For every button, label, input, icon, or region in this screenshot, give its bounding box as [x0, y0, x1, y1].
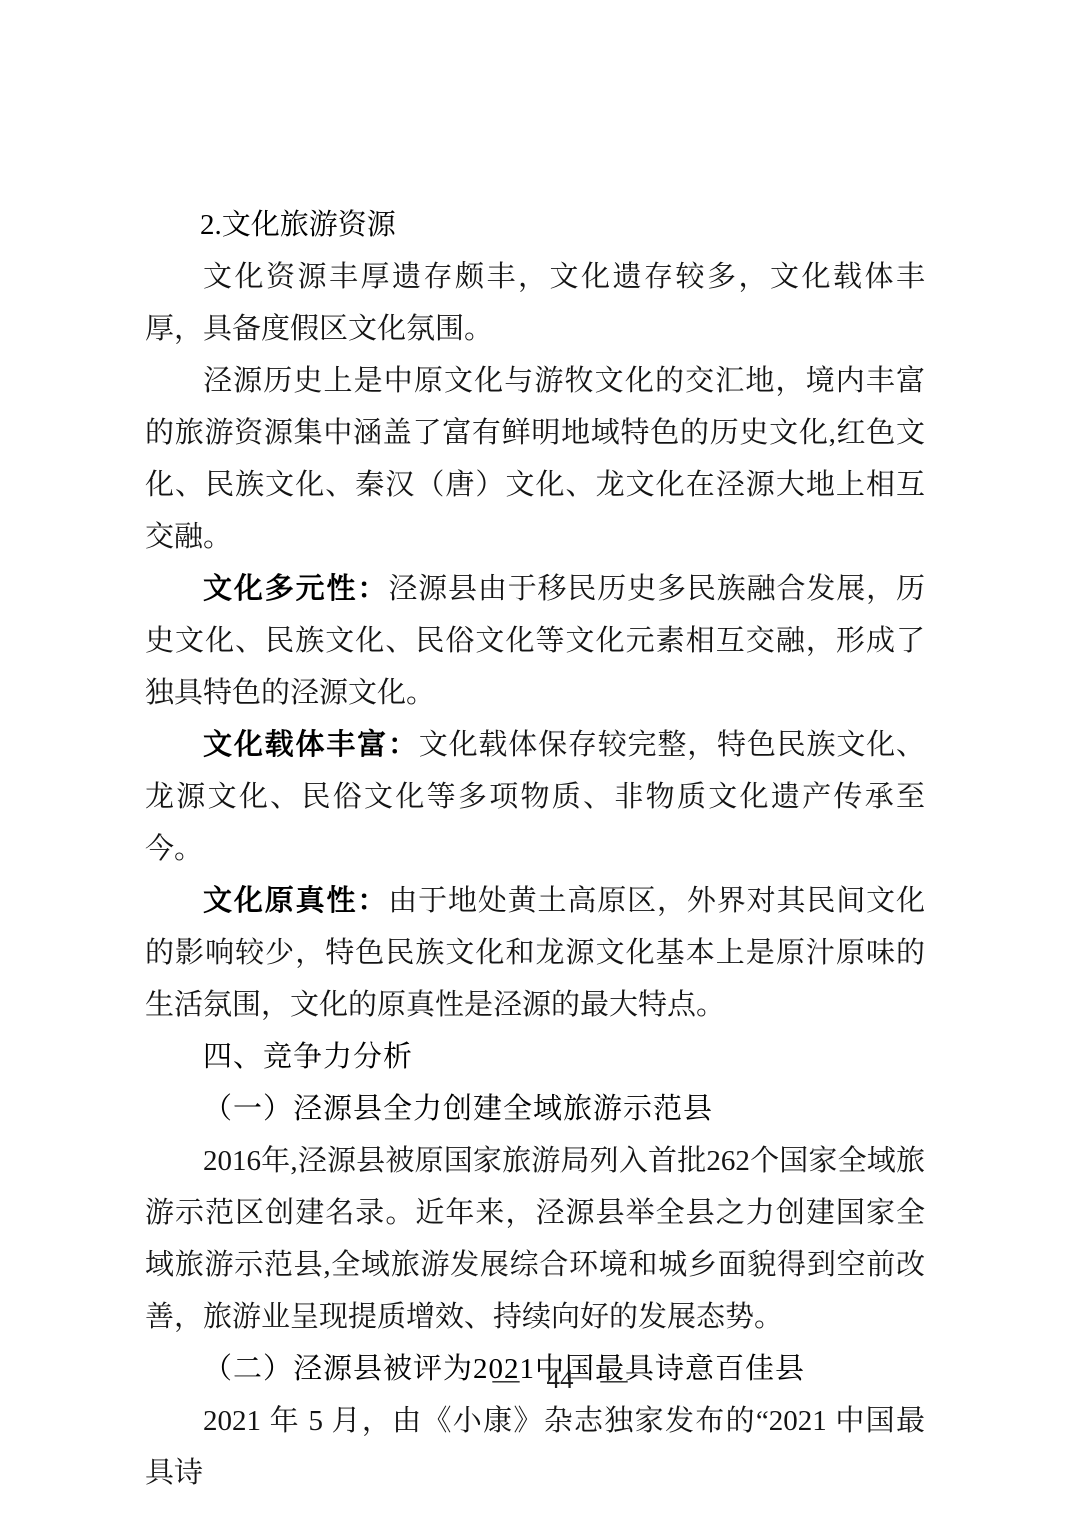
run-in-label-authenticity: 文化原真性：	[203, 885, 388, 917]
heading-competitiveness-analysis: 四、竞争力分析	[145, 1031, 925, 1083]
paragraph-2021-award: 2021 年 5 月，由《小康》杂志独家发布的“2021 中国最具诗	[145, 1395, 925, 1499]
paragraph-history-culture: 泾源历史上是中原文化与游牧文化的交汇地，境内丰富的旅游资源集中涵盖了富有鲜明地域…	[145, 355, 925, 563]
run-in-label-carrier: 文化载体丰富：	[203, 729, 419, 761]
paragraph-culture-intro: 文化资源丰厚遗存颇丰，文化遗存较多，文化载体丰厚，具备度假区文化氛围。	[145, 251, 925, 355]
page-footer: — 44 —	[25, 1362, 1070, 1396]
page-content: 2.文化旅游资源 文化资源丰厚遗存颇丰，文化遗存较多，文化载体丰厚，具备度假区文…	[145, 199, 925, 1499]
paragraph-culture-diversity: 文化多元性：泾源县由于移民历史多民族融合发展，历史文化、民族文化、民俗文化等文化…	[145, 563, 925, 719]
page-number: 44	[547, 1362, 574, 1396]
footer-dash-left: —	[493, 1362, 520, 1396]
footer-dash-right: —	[601, 1362, 628, 1396]
heading-culture-tourism-resources: 2.文化旅游资源	[145, 199, 925, 251]
run-in-label-diversity: 文化多元性：	[203, 573, 388, 605]
paragraph-culture-authenticity: 文化原真性：由于地处黄土高原区，外界对其民间文化的影响较少，特色民族文化和龙源文…	[145, 875, 925, 1031]
paragraph-2016-listing: 2016年,泾源县被原国家旅游局列入首批262个国家全域旅游示范区创建名录。近年…	[145, 1135, 925, 1343]
document-page: 2.文化旅游资源 文化资源丰厚遗存颇丰，文化遗存较多，文化载体丰厚，具备度假区文…	[0, 0, 1070, 1515]
paragraph-culture-carrier: 文化载体丰富：文化载体保存较完整，特色民族文化、龙源文化、民俗文化等多项物质、非…	[145, 719, 925, 875]
heading-sub-global-tourism-county: （一）泾源县全力创建全域旅游示范县	[145, 1083, 925, 1135]
